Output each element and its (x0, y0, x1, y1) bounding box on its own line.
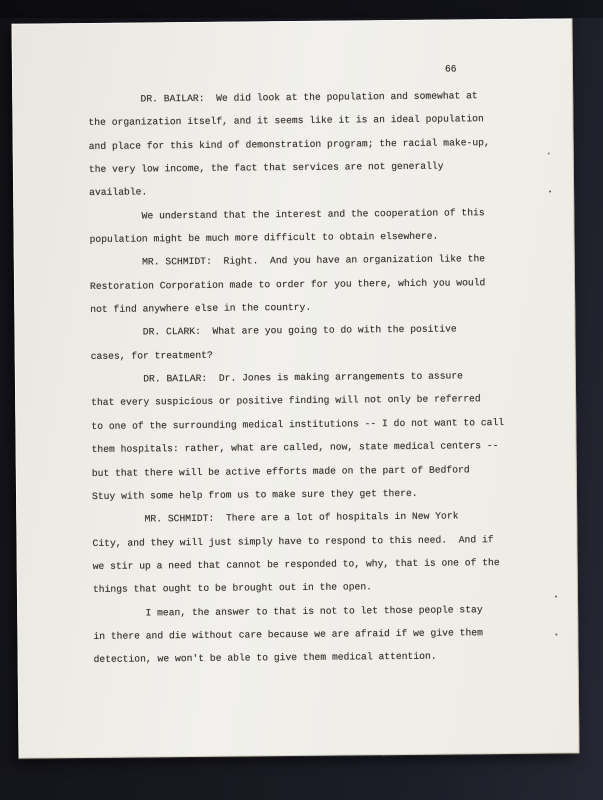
text-line: to one of the surrounding medical instit… (91, 410, 573, 438)
document-page: 66 DR. BAILAR: We did look at the popula… (11, 18, 579, 758)
transcript-text: DR. BAILAR: We did look at the populatio… (88, 83, 576, 671)
ink-speck (549, 191, 551, 193)
ink-speck (555, 633, 557, 635)
ink-speck (555, 595, 557, 597)
scanned-page-background: 66 DR. BAILAR: We did look at the popula… (0, 0, 603, 800)
page-number: 66 (445, 57, 457, 80)
text-line: detection, we won't be able to give them… (93, 644, 575, 672)
ink-speck (548, 153, 550, 155)
